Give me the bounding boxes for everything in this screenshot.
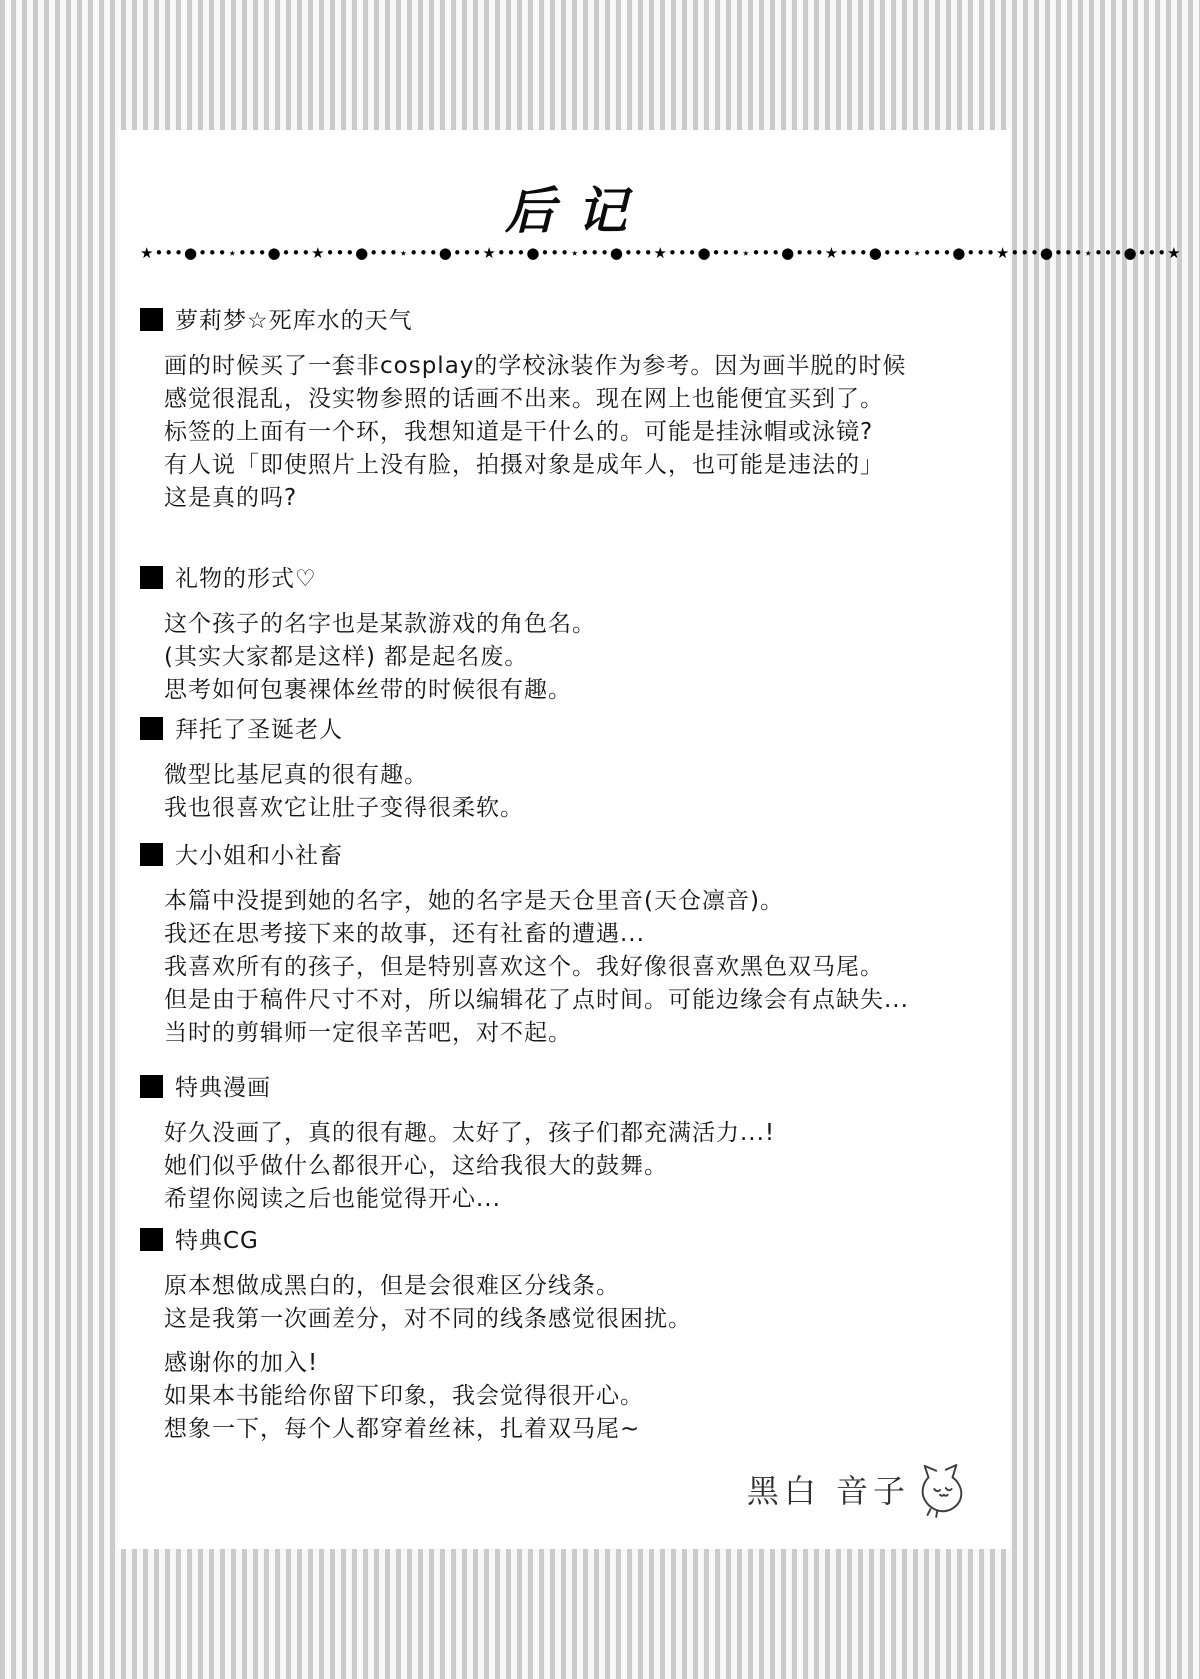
text-line: 这是我第一次画差分，对不同的线条感觉很困扰。 (164, 1303, 992, 1336)
section-body: 本篇中没提到她的名字，她的名字是天仓里音(天仓凛音)。 我还在思考接下来的故事，… (140, 885, 992, 1050)
closing-paragraph: 感谢你的加入! 如果本书能给你留下印象，我会觉得很开心。 想象一下，每个人都穿着… (140, 1347, 992, 1446)
afterword-section-ojousama: 大小姐和小社畜 本篇中没提到她的名字，她的名字是天仓里音(天仓凛音)。 我还在思… (140, 840, 992, 1050)
text-line: 感谢你的加入! (164, 1347, 992, 1380)
section-heading: 拜托了圣诞老人 (140, 714, 992, 747)
text-line: 希望你阅读之后也能觉得开心... (164, 1183, 992, 1216)
square-bullet-icon (140, 717, 163, 740)
section-heading: 萝莉梦☆死库水的天气 (140, 305, 992, 338)
section-body: 原本想做成黑白的，但是会很难区分线条。 这是我第一次画差分，对不同的线条感觉很困… (140, 1270, 992, 1336)
text-line: 本篇中没提到她的名字，她的名字是天仓里音(天仓凛音)。 (164, 885, 992, 918)
square-bullet-icon (140, 1228, 163, 1251)
section-title: 特典CG (175, 1228, 259, 1254)
section-title: 拜托了圣诞老人 (175, 717, 343, 743)
section-title: 萝莉梦☆死库水的天气 (175, 308, 413, 334)
text-line: 画的时候买了一套非cosplay的学校泳装作为参考。因为画半脱的时候 (164, 350, 992, 383)
section-body: 好久没画了，真的很有趣。太好了，孩子们都充满活力...! 她们似乎做什么都很开心… (140, 1117, 992, 1216)
section-heading: 大小姐和小社畜 (140, 840, 992, 873)
section-body: 微型比基尼真的很有趣。 我也很喜欢它让肚子变得很柔软。 (140, 759, 992, 825)
text-line: 我也很喜欢它让肚子变得很柔软。 (164, 792, 992, 825)
afterword-section-gift: 礼物的形式♡ 这个孩子的名字也是某款游戏的角色名。 (其实大家都是这样) 都是起… (140, 563, 992, 707)
square-bullet-icon (140, 843, 163, 866)
section-heading: 礼物的形式♡ (140, 563, 992, 596)
section-body: 这个孩子的名字也是某款游戏的角色名。 (其实大家都是这样) 都是起名废。 思考如… (140, 608, 992, 707)
page-background: 后记 ★•••●•••⋆•••●•••★•••●•••⋆•••●•••★•••●… (0, 0, 1200, 1679)
afterword-section-santa: 拜托了圣诞老人 微型比基尼真的很有趣。 我也很喜欢它让肚子变得很柔软。 (140, 714, 992, 825)
square-bullet-icon (140, 308, 163, 331)
section-title: 礼物的形式♡ (175, 566, 317, 592)
square-bullet-icon (140, 1075, 163, 1098)
square-bullet-icon (140, 566, 163, 589)
section-title: 大小姐和小社畜 (175, 843, 343, 869)
text-line: 感觉很混乱，没实物参照的话画不出来。现在网上也能便宜买到了。 (164, 383, 992, 416)
text-line: 但是由于稿件尺寸不对，所以编辑花了点时间。可能边缘会有点缺失... (164, 984, 992, 1017)
text-line: 如果本书能给你留下印象，我会觉得很开心。 (164, 1380, 992, 1413)
section-body: 画的时候买了一套非cosplay的学校泳装作为参考。因为画半脱的时候 感觉很混乱… (140, 350, 992, 515)
section-title: 特典漫画 (175, 1075, 271, 1101)
text-line: 标签的上面有一个环，我想知道是干什么的。可能是挂泳帽或泳镜? (164, 416, 992, 449)
text-line: 原本想做成黑白的，但是会很难区分线条。 (164, 1270, 992, 1303)
signature: 黑白 音子 (747, 1460, 966, 1518)
page-title: 后记 (140, 183, 992, 239)
text-line: 我还在思考接下来的故事，还有社畜的遭遇... (164, 918, 992, 951)
text-line: 想象一下，每个人都穿着丝袜，扎着双马尾~ (164, 1413, 992, 1446)
afterword-section-school-swimsuit: 萝莉梦☆死库水的天气 画的时候买了一套非cosplay的学校泳装作为参考。因为画… (140, 305, 992, 515)
text-line: 这个孩子的名字也是某款游戏的角色名。 (164, 608, 992, 641)
star-dot-divider: ★•••●•••⋆•••●•••★•••●•••⋆•••●•••★•••●•••… (140, 243, 992, 263)
text-line: (其实大家都是这样) 都是起名废。 (164, 641, 992, 674)
text-line: 我喜欢所有的孩子，但是特别喜欢这个。我好像很喜欢黑色双马尾。 (164, 951, 992, 984)
text-line: 微型比基尼真的很有趣。 (164, 759, 992, 792)
artist-name: 黑白 音子 (747, 1466, 910, 1512)
text-line: 有人说「即使照片上没有脸，拍摄对象是成年人，也可能是违法的」 (164, 449, 992, 482)
cat-doodle-icon (916, 1460, 966, 1518)
afterword-section-bonus-manga: 特典漫画 好久没画了，真的很有趣。太好了，孩子们都充满活力...! 她们似乎做什… (140, 1072, 992, 1216)
text-line: 她们似乎做什么都很开心，这给我很大的鼓舞。 (164, 1150, 992, 1183)
afterword-section-bonus-cg: 特典CG 原本想做成黑白的，但是会很难区分线条。 这是我第一次画差分，对不同的线… (140, 1225, 992, 1336)
text-line: 好久没画了，真的很有趣。太好了，孩子们都充满活力...! (164, 1117, 992, 1150)
afterword-panel: 后记 ★•••●•••⋆•••●•••★•••●•••⋆•••●•••★•••●… (118, 130, 1010, 1549)
text-line: 当时的剪辑师一定很辛苦吧，对不起。 (164, 1017, 992, 1050)
text-line: 这是真的吗? (164, 482, 992, 515)
section-heading: 特典CG (140, 1225, 992, 1258)
section-heading: 特典漫画 (140, 1072, 992, 1105)
text-line: 思考如何包裹裸体丝带的时候很有趣。 (164, 674, 992, 707)
